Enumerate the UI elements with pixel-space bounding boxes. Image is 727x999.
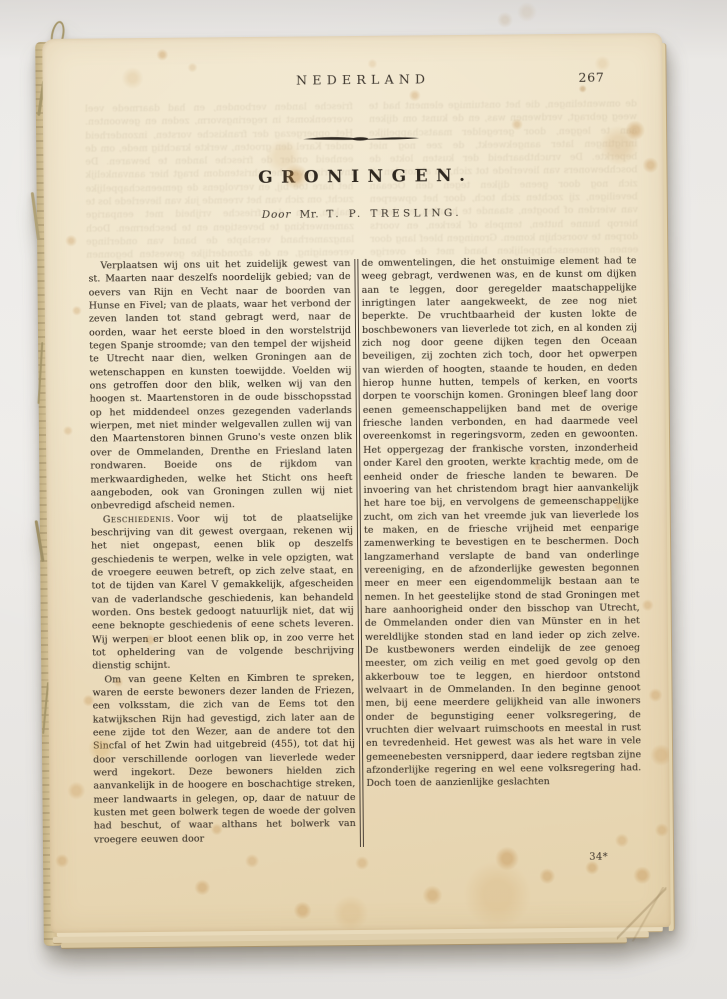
binding-thread bbox=[31, 192, 40, 240]
signature-mark: 34* bbox=[589, 852, 608, 863]
article-title: GRONINGEN. bbox=[96, 164, 636, 189]
paragraph: Geschiedenis.Voor wij tot de plaatselijk… bbox=[91, 511, 355, 674]
running-header: NEDERLAND 267 bbox=[87, 69, 635, 90]
paragraph: de omwentelingen, die het onstuimige ele… bbox=[361, 254, 641, 790]
page-number: 267 bbox=[578, 70, 604, 85]
paragraph-text: Om van geene Kelten en Kimbren te spreke… bbox=[92, 672, 355, 846]
byline-prefix: Door bbox=[262, 209, 292, 221]
swash-ornament-rule bbox=[302, 133, 420, 143]
booklet: de omwentelingen, die het onstuimige ele… bbox=[42, 33, 671, 951]
binding-thread bbox=[38, 342, 44, 404]
journal-page: de omwentelingen, die het onstuimige ele… bbox=[42, 33, 671, 933]
paragraph-text: Voor wij tot de plaatselijke beschrijvin… bbox=[91, 512, 354, 672]
paragraph-text: de omwentelingen, die het onstuimige ele… bbox=[361, 255, 641, 789]
binding-thread bbox=[35, 520, 45, 562]
dog-ear-crease bbox=[616, 887, 667, 941]
byline: Door Mr. T. P. TRESLING. bbox=[88, 205, 636, 222]
article-columns: Verplaatsen wij ons uit het zuidelijk ge… bbox=[88, 254, 642, 849]
byline-name: T. P. TRESLING. bbox=[326, 207, 462, 220]
photograph-backdrop: de omwentelingen, die het onstuimige ele… bbox=[0, 0, 727, 999]
column-left: Verplaatsen wij ons uit het zuidelijk ge… bbox=[88, 257, 356, 849]
byline-honorific: Mr. bbox=[300, 208, 320, 220]
page-content: NEDERLAND 267 GRONINGEN. Door Mr. T. P. … bbox=[42, 33, 670, 850]
journal-title: NEDERLAND bbox=[92, 69, 635, 89]
paragraph: Om van geene Kelten en Kimbren te spreke… bbox=[92, 671, 356, 847]
paragraph-text: Verplaatsen wij ons uit het zuidelijk ge… bbox=[88, 258, 352, 512]
column-right: de omwentelingen, die het onstuimige ele… bbox=[361, 254, 642, 847]
section-heading: Geschiedenis. bbox=[103, 513, 175, 525]
paragraph: Verplaatsen wij ons uit het zuidelijk ge… bbox=[88, 257, 352, 513]
